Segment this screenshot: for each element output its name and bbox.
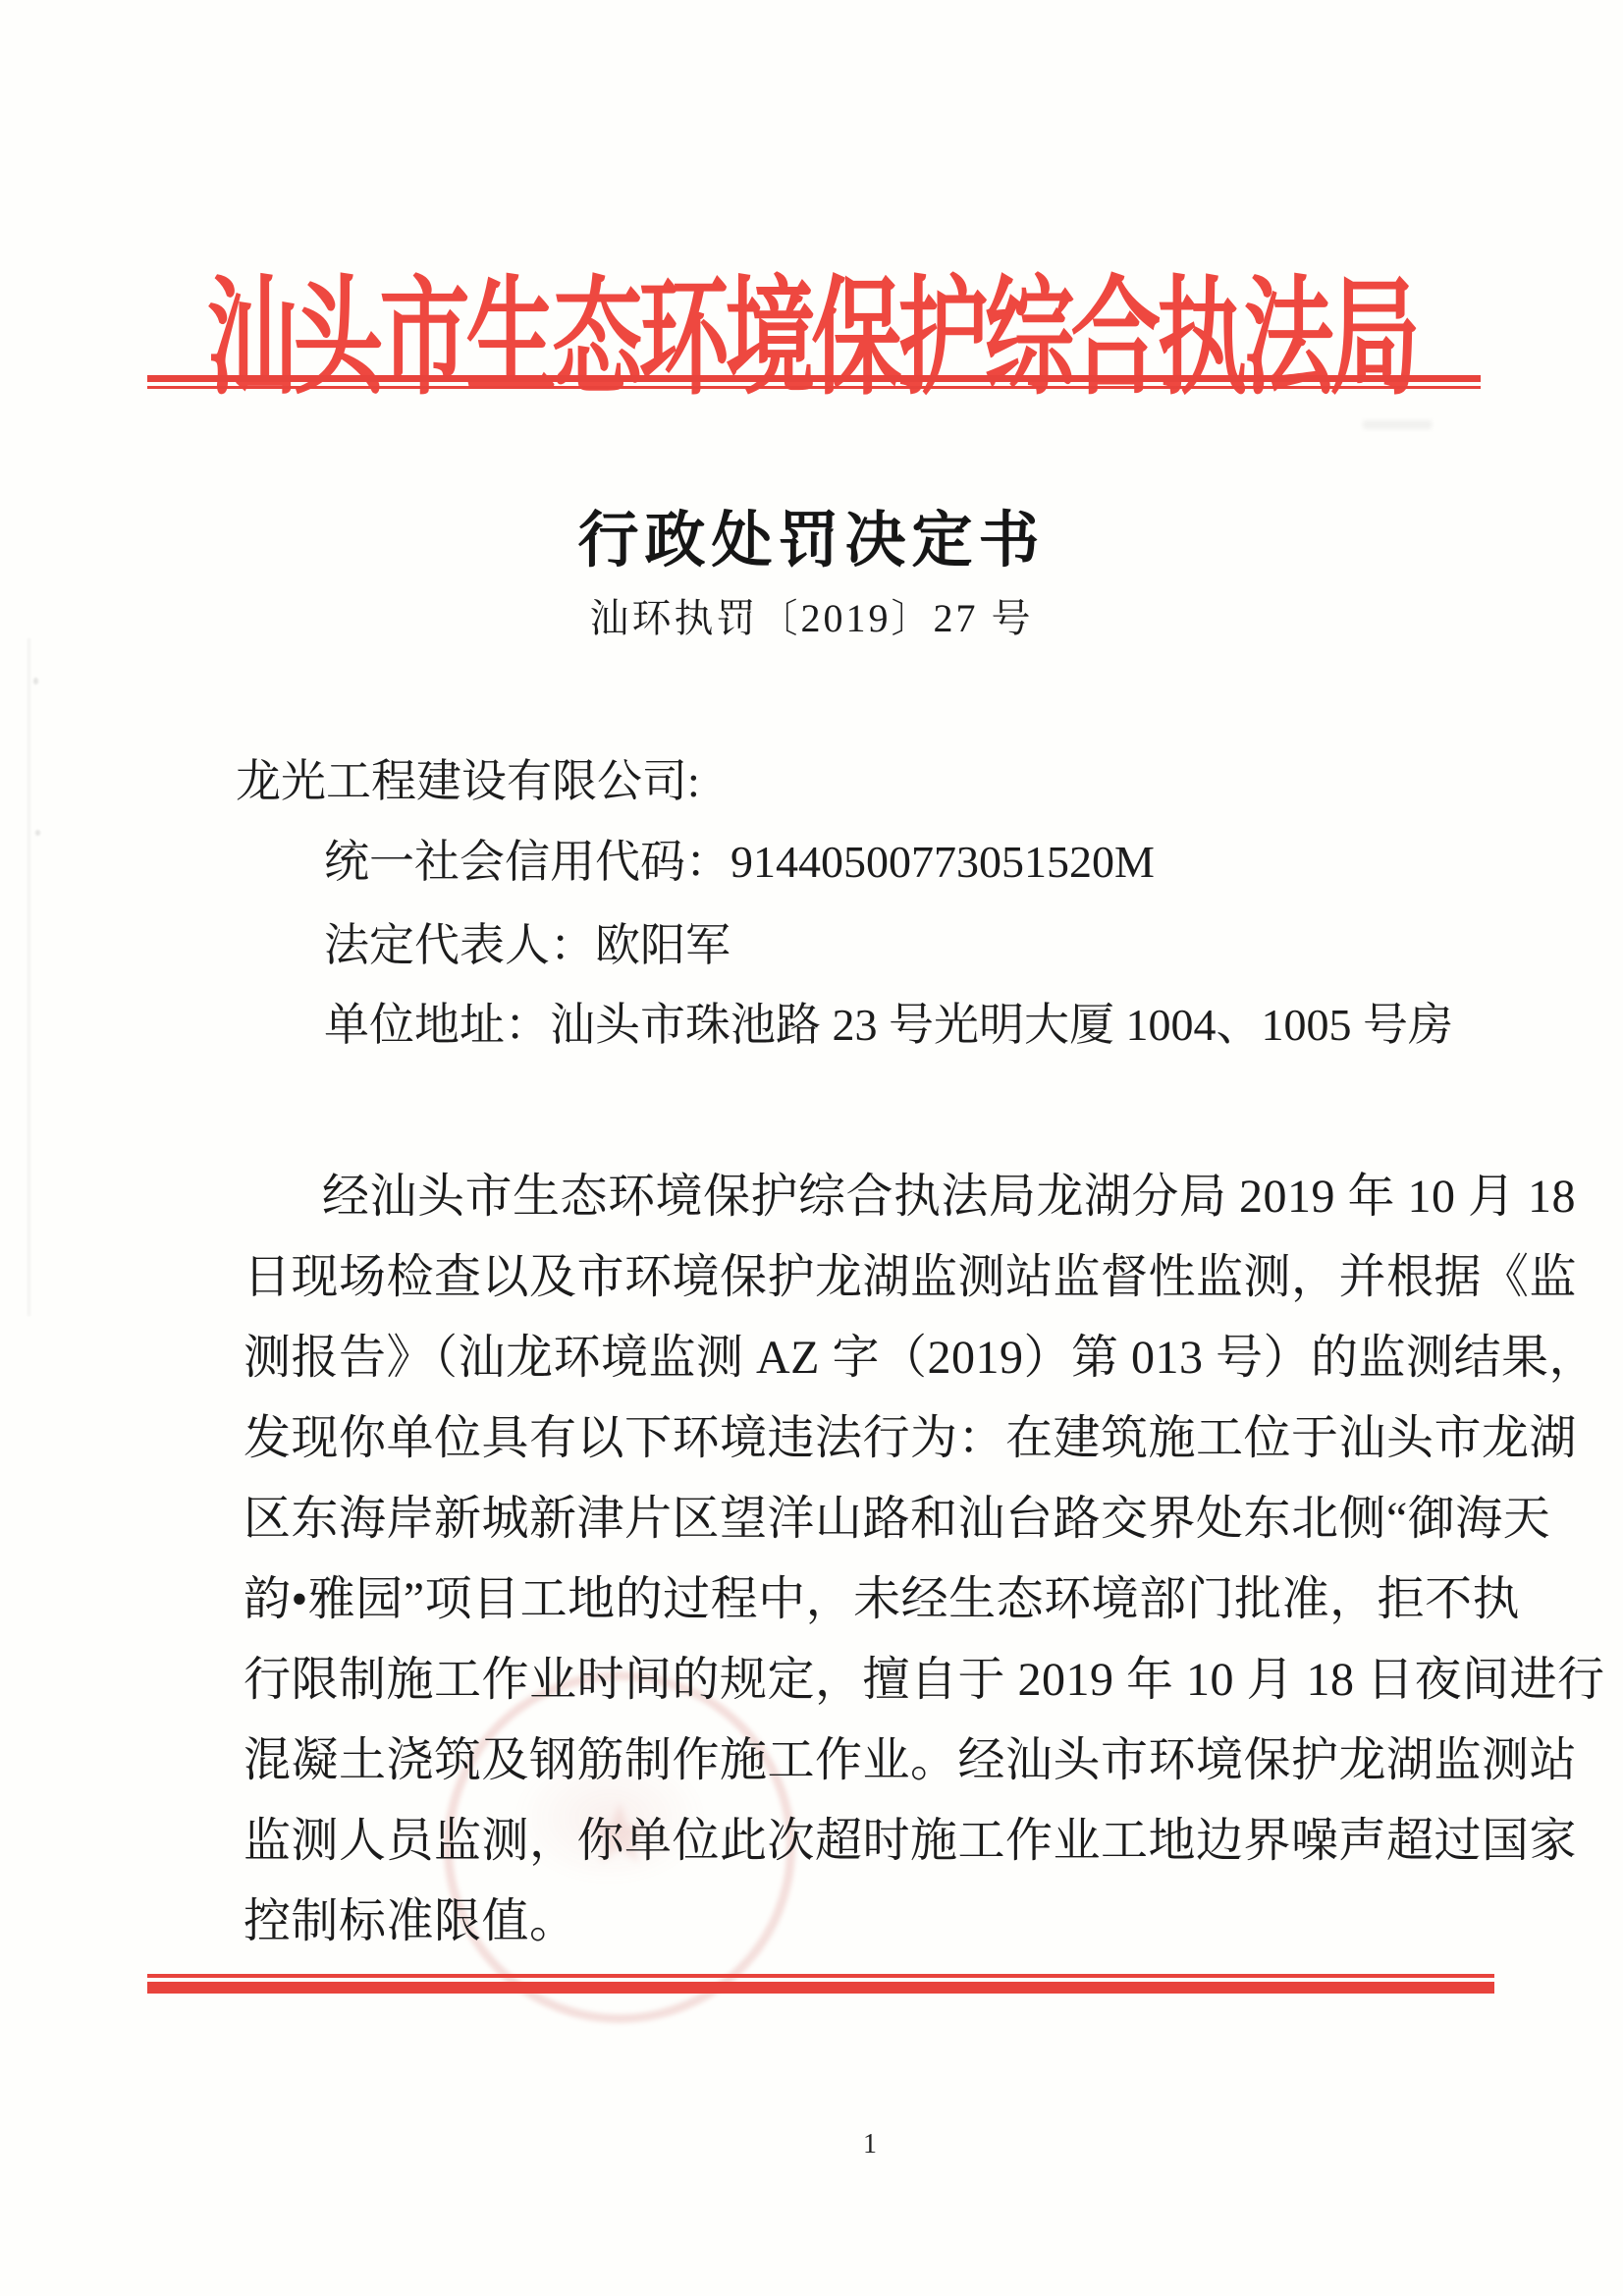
document-page: 汕头市生态环境保护综合执法局 行政处罚决定书 汕环执罚〔2019〕27 号 龙光… <box>0 0 1623 2296</box>
scan-speck <box>33 678 38 684</box>
body-line: 韵•雅园”项目工地的过程中，未经生态环境部门批准，拒不执 <box>243 1559 1481 1640</box>
header-rule-thick <box>147 375 1481 382</box>
footer-rule-thin <box>147 1974 1494 1978</box>
body-paragraph: 经汕头市生态环境保护综合执法局龙湖分局 2019 年 10 月 18 日现场检查… <box>243 1157 1481 1962</box>
agency-letterhead: 汕头市生态环境保护综合执法局 <box>0 236 1623 419</box>
scan-speck <box>35 830 40 836</box>
footer-rule-thick <box>147 1982 1494 1994</box>
body-line: 发现你单位具有以下环境违法行为：在建筑施工位于汕头市龙湖 <box>243 1398 1481 1479</box>
body-line: 区东海岸新城新津片区望洋山路和汕台路交界处东北侧“御海天 <box>243 1479 1481 1559</box>
body-line: 行限制施工作业时间的规定，擅自于 2019 年 10 月 18 日夜间进行 <box>243 1640 1481 1721</box>
body-line: 监测人员监测，你单位此次超时施工作业工地边界噪声超过国家 <box>243 1801 1481 1882</box>
body-line: 控制标准限值。 <box>243 1882 1481 1962</box>
page-number: 1 <box>840 2129 899 2160</box>
doc-title: 行政处罚决定书 <box>0 491 1623 578</box>
body-line: 混凝土浇筑及钢筋制作施工作业。经汕头市环境保护龙湖监测站 <box>243 1721 1481 1801</box>
body-line: 测报告》（汕龙环境监测 AZ 字（2019）第 013 号）的监测结果， <box>243 1318 1481 1398</box>
body-line: 经汕头市生态环境保护综合执法局龙湖分局 2019 年 10 月 18 <box>243 1157 1481 1237</box>
credit-code-line: 统一社会信用代码：91440500773051520M <box>324 832 1155 893</box>
header-rule-thin <box>147 386 1481 389</box>
legal-representative-line: 法定代表人：欧阳军 <box>324 915 730 976</box>
scan-edge-streak <box>27 638 30 1316</box>
doc-number: 汕环执罚〔2019〕27 号 <box>0 587 1623 643</box>
recipient-company-line: 龙光工程建设有限公司: <box>236 751 700 812</box>
scan-smudge <box>1363 420 1432 429</box>
body-line: 日现场检查以及市环境保护龙湖监测站监督性监测，并根据《监 <box>243 1237 1481 1318</box>
address-line: 单位地址：汕头市珠池路 23 号光明大厦 1004、1005 号房 <box>324 995 1453 1056</box>
